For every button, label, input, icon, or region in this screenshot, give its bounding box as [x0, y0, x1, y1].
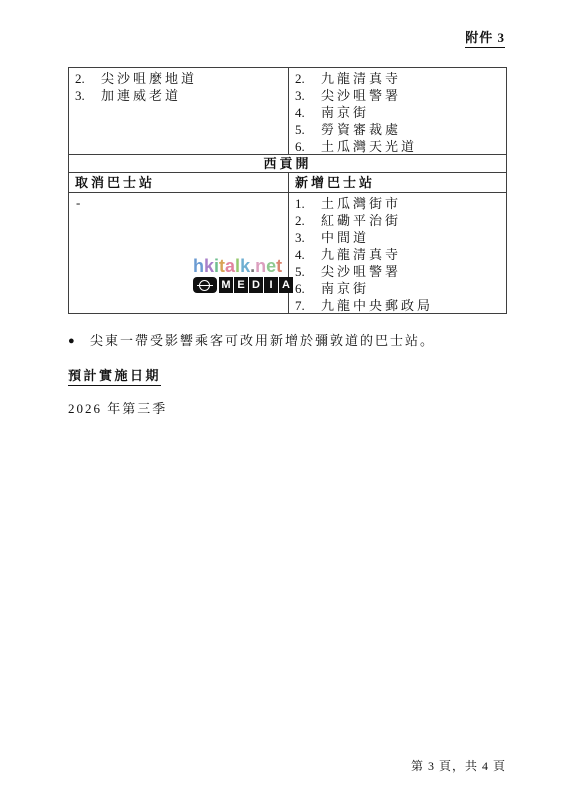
list-item-number: 1. — [295, 195, 321, 212]
new-stops-cell: 2. 九龍清真寺 3. 尖沙咀警署 4. 南京街 5. 勞資審裁處 6. 土 — [289, 68, 506, 154]
page-number: 第 3 頁，共 4 頁 — [411, 757, 506, 774]
watermark-letter: h — [193, 256, 204, 276]
list-item: 1. 土瓜灣街市 — [295, 195, 502, 212]
bullet-icon: ● — [68, 332, 90, 350]
list-item-text: 九龍中央郵政局 — [321, 297, 433, 314]
list-item-number: 6. — [295, 138, 321, 155]
new-stops-cell: 1. 土瓜灣街市 2. 紅磡平治街 3. 中間道 4. 九龍清真寺 5. 尖 — [289, 193, 506, 313]
note-text: 尖東一帶受影響乘客可改用新增於彌敦道的巴士站。 — [90, 332, 435, 350]
watermark-letter: k — [204, 256, 214, 276]
section-header-label: 西貢開 — [263, 155, 311, 173]
list-item-number: 5. — [295, 121, 321, 138]
list-item-text: 中間道 — [321, 229, 369, 246]
list-item: 2. 九龍清真寺 — [295, 70, 502, 87]
watermark-letter: a — [225, 256, 235, 276]
watermark-media-row: M E D I A — [193, 277, 313, 293]
watermark-site-text: hkitalk.net — [193, 257, 313, 275]
appendix-label: 附件 3 — [465, 27, 505, 48]
watermark: hkitalk.net M E D I A — [193, 257, 313, 293]
list-item: 7. 九龍中央郵政局 — [295, 297, 502, 314]
new-stops-header: 新增巴士站 — [295, 175, 375, 190]
list-item-text: 尖沙咀警署 — [321, 263, 401, 280]
media-letter-box: A — [279, 277, 293, 293]
table-row-continuation: 2. 尖沙咀麼地道 3. 加連威老道 2. 九龍清真寺 3. 尖沙咀警署 — [69, 68, 506, 154]
media-logo-icon — [193, 277, 217, 293]
table-row-column-headers: 取消巴士站 新增巴士站 — [69, 172, 506, 192]
media-letter-box: M — [219, 277, 233, 293]
list-item-text: 九龍清真寺 — [321, 70, 401, 87]
list-item: 6. 土瓜灣天光道 — [295, 138, 502, 155]
new-stops-header-cell: 新增巴士站 — [289, 173, 506, 192]
list-item-number: 3. — [75, 87, 101, 104]
list-item-text: 南京街 — [321, 104, 369, 121]
implementation-date-heading: 預計實施日期 — [68, 365, 161, 386]
list-item: 3. 尖沙咀警署 — [295, 87, 502, 104]
list-item: 2. 紅磡平治街 — [295, 212, 502, 229]
list-item-text: 勞資審裁處 — [321, 121, 401, 138]
list-item-text: 尖沙咀警署 — [321, 87, 401, 104]
list-item-number: 2. — [295, 212, 321, 229]
watermark-letter: t — [276, 256, 282, 276]
list-item-number: 2. — [295, 70, 321, 87]
list-item: 6. 南京街 — [295, 280, 502, 297]
list-item-number: 3. — [295, 229, 321, 246]
list-item: 4. 南京街 — [295, 104, 502, 121]
empty-placeholder: - — [75, 195, 284, 211]
list-item-text: 加連威老道 — [101, 87, 181, 104]
cancelled-stops-header-cell: 取消巴士站 — [69, 173, 289, 192]
note-paragraph: ● 尖東一帶受影響乘客可改用新增於彌敦道的巴士站。 — [68, 332, 435, 350]
list-item: 4. 九龍清真寺 — [295, 246, 502, 263]
table-row-body: - 1. 土瓜灣街市 2. 紅磡平治街 3. 中間道 4. 九龍清真寺 — [69, 192, 506, 313]
list-item: 2. 尖沙咀麼地道 — [75, 70, 284, 87]
document-page: 附件 3 2. 尖沙咀麼地道 3. 加連威老道 2. 九龍清真寺 — [0, 0, 566, 800]
list-item-text: 尖沙咀麼地道 — [101, 70, 197, 87]
media-letter-box: D — [249, 277, 263, 293]
media-letter-box: E — [234, 277, 248, 293]
list-item-text: 九龍清真寺 — [321, 246, 401, 263]
table-row-section-header: 西貢開 — [69, 154, 506, 172]
implementation-date-value: 2026 年第三季 — [68, 398, 167, 417]
list-item-text: 紅磡平治街 — [321, 212, 401, 229]
cancelled-stops-cell: - — [69, 193, 289, 313]
watermark-letter: n — [255, 256, 266, 276]
list-item-text: 土瓜灣街市 — [321, 195, 401, 212]
cancelled-stops-cell: 2. 尖沙咀麼地道 3. 加連威老道 — [69, 68, 289, 154]
watermark-letter: k — [240, 256, 250, 276]
list-item-number: 2. — [75, 70, 101, 87]
list-item-text: 南京街 — [321, 280, 369, 297]
media-letter-box: I — [264, 277, 278, 293]
watermark-letter: e — [266, 256, 276, 276]
list-item-number: 3. — [295, 87, 321, 104]
list-item: 5. 尖沙咀警署 — [295, 263, 502, 280]
list-item-number: 7. — [295, 297, 321, 314]
list-item: 3. 中間道 — [295, 229, 502, 246]
list-item: 3. 加連威老道 — [75, 87, 284, 104]
list-item-number: 4. — [295, 104, 321, 121]
cancelled-stops-header: 取消巴士站 — [75, 175, 155, 190]
list-item-text: 土瓜灣天光道 — [321, 138, 417, 155]
list-item: 5. 勞資審裁處 — [295, 121, 502, 138]
